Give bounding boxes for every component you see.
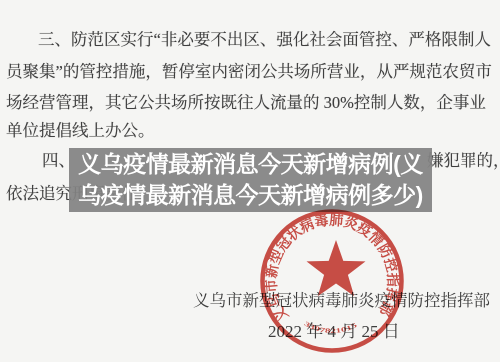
scanned-notice-page: 三、防范区实行“非必要不出区、强化社会面管控、严格限制人 员聚集”的管控措施，暂… [0, 0, 500, 362]
doc-paragraph3-line3: 场经营管理，其它公共场所按既往人流量的 30%控制人数，企事业 [6, 94, 486, 112]
doc-paragraph4-suffix: 嫌犯罪的， [427, 152, 500, 170]
headline-overlay-banner: 义乌疫情最新消息今天新增病例(义 乌疫情最新消息今天新增病例多少) [69, 148, 432, 212]
doc-paragraph3-line2: 员聚集”的管控措施，暂停室内密闭公共场所营业，从严规范农贸市 [6, 63, 492, 81]
seal-code-text: 3307821015 [303, 320, 360, 335]
seal-star-icon [307, 240, 366, 296]
doc-paragraph3-line4: 单位提倡线上办公。 [6, 122, 155, 140]
doc-paragraph3-line1: 三、防范区实行“非必要不出区、强化社会面管控、严格限制人 [38, 31, 491, 49]
official-seal: 义乌市新型冠状病毒肺炎疫情防控指挥部 3307821015 [257, 206, 407, 356]
headline-line-1: 义乌疫情最新消息今天新增病例(义 [78, 149, 423, 180]
